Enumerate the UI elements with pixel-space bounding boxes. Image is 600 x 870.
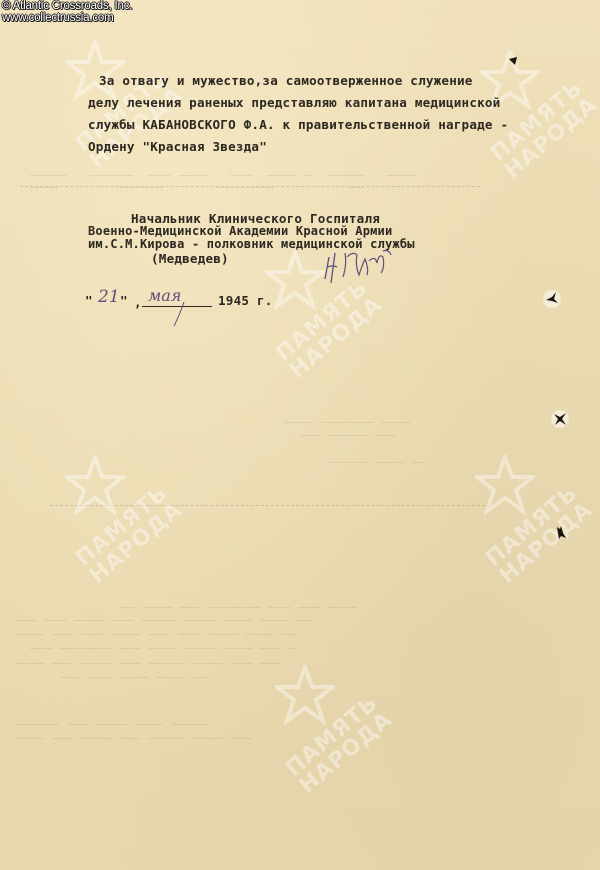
star-icon [65,455,125,515]
watermark-line1: ПАМЯТЬ [71,481,173,572]
date-comma: , [134,295,142,310]
memory-of-people-watermark: ПАМЯТЬНАРОДА [55,455,205,605]
handwritten-signature [323,245,398,285]
paper-hole [507,55,519,67]
watermark-line2: НАРОДА [285,292,388,384]
paper-hole [543,290,561,308]
body-line: Ордену "Красная Звезда" [88,139,267,154]
body-line: службы КАБАНОВСКОГО Ф.А. к правительстве… [88,117,508,132]
signatory-name: (Медведев) [151,251,229,266]
watermark-line2: НАРОДА [295,707,398,799]
date-year: 1945 г. [218,293,272,308]
copyright-notice: © Atlantic Crossroads, Inc. www.collectr… [2,0,132,24]
signatory-title-line: Военно-Медицинской Академии Красной Арми… [88,224,392,238]
watermark-line2: НАРОДА [495,497,598,589]
star-icon [65,40,125,100]
body-line: За отвагу и мужество,за самоотверженное … [99,73,473,88]
copyright-line: © Atlantic Crossroads, Inc. [2,0,132,12]
pen-stroke [170,300,190,328]
paper-hole [551,410,569,428]
body-line: делу лечения раненых представляю капитан… [88,95,500,110]
star-icon [265,250,325,310]
paper-hole [552,524,570,542]
website-line: www.collectrussia.com [2,12,132,24]
star-icon [275,665,335,725]
memory-of-people-watermark: ПАМЯТЬНАРОДА [465,455,600,605]
watermark-line2: НАРОДА [500,92,600,184]
date-open-quote: " [85,293,93,308]
star-icon [475,455,535,515]
date-close-quote: " [120,293,128,308]
memory-of-people-watermark: ПАМЯТЬНАРОДА [265,665,415,815]
date-day: 21 [98,287,120,307]
watermark-line2: НАРОДА [85,497,188,589]
watermark-line1: ПАМЯТЬ [271,276,373,367]
watermark-line1: ПАМЯТЬ [281,691,383,782]
